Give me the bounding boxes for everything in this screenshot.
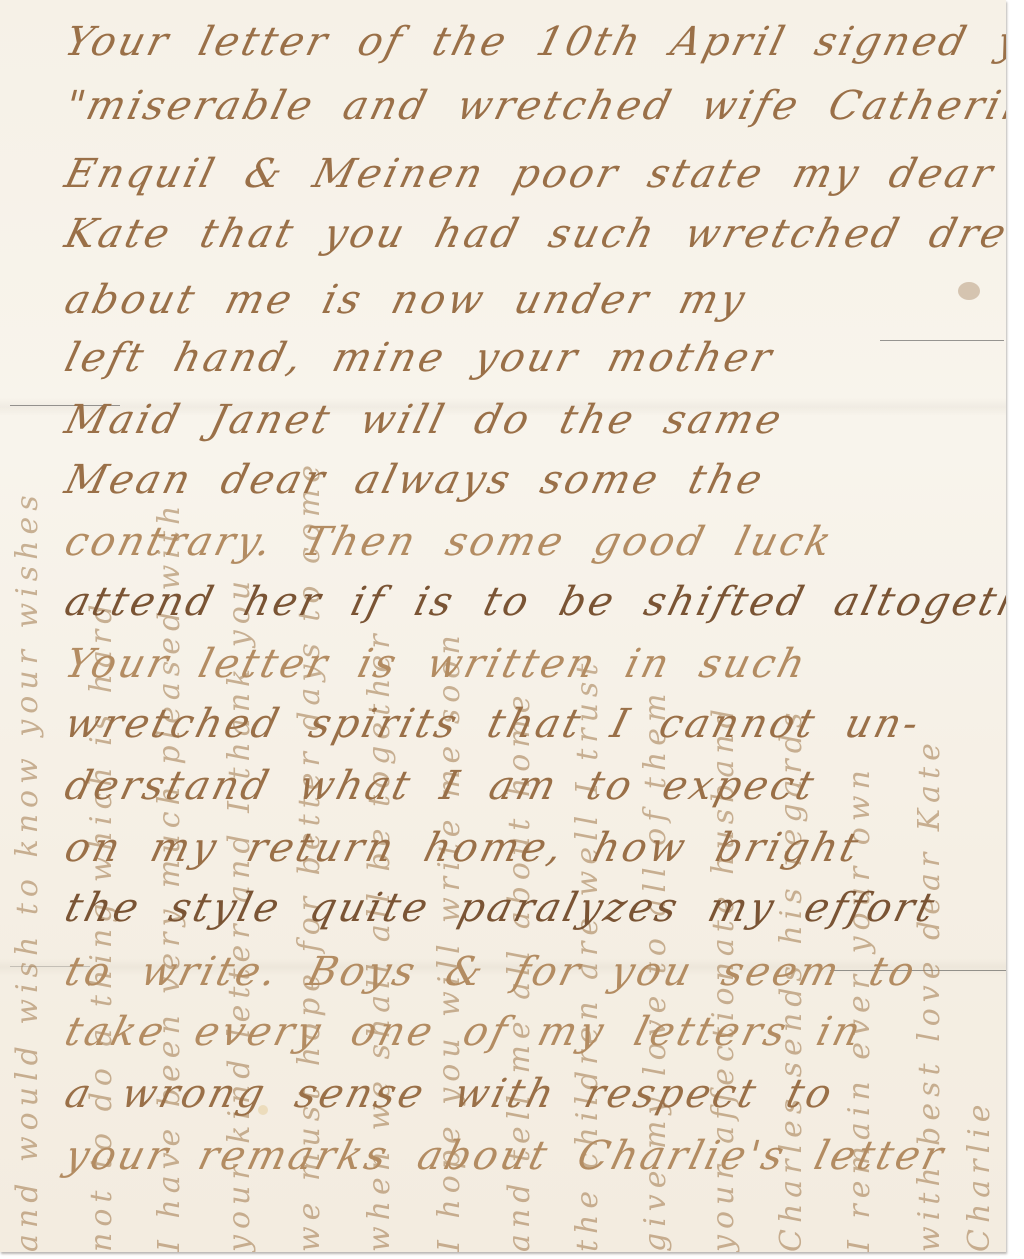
letter-line: take every one of my letters in xyxy=(60,1008,1006,1056)
letter-line: Kate that you had such wretched dream xyxy=(60,210,1006,258)
letter-line: a wrong sense with respect to xyxy=(60,1070,1006,1118)
letter-line: the style quite paralyzes my effort xyxy=(60,884,1006,932)
letter-line: on my return home, how bright xyxy=(60,824,1006,872)
letter-line: about me is now under my xyxy=(60,276,1006,324)
letter-line: Your letter is written in such xyxy=(60,640,1006,688)
main-writing-layer: Your letter of the 10th April signed you… xyxy=(0,0,1006,1252)
letter-line: Your letter of the 10th April signed you… xyxy=(60,18,1006,66)
letter-page: and would wish to know your wishes not t… xyxy=(0,0,1006,1252)
letter-line: Enquil & Meinen poor state my dear xyxy=(60,150,1006,198)
letter-line: attend her if is to be shifted altogethe… xyxy=(60,578,1006,626)
letter-line: contrary. Then some good luck xyxy=(60,518,1006,566)
letter-line: derstand what I am to expect xyxy=(60,762,1006,810)
letter-line: to write. Boys & for you seem to xyxy=(60,948,1006,996)
letter-line: Maid Janet will do the same xyxy=(60,396,1006,444)
letter-line: your remarks about Charlie's letter xyxy=(60,1132,1006,1180)
letter-line: "miserable and wretched wife Catherine xyxy=(60,82,1006,130)
letter-line: left hand, mine your mother xyxy=(60,334,1006,382)
letter-line: wretched spirits that I cannot un- xyxy=(60,700,1006,748)
letter-line: Mean dear always some the xyxy=(60,456,1006,504)
